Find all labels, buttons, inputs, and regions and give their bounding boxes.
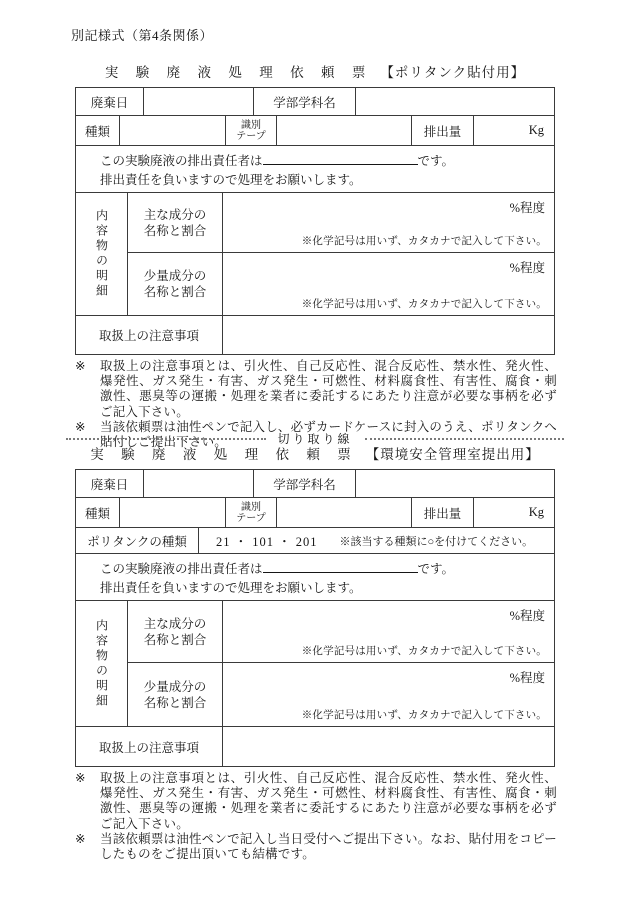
responsibility-prefix: この実験廃液の排出責任者は [100,154,263,168]
type-label: 種類 [76,498,119,527]
main-component-row: 主な成分の 名称と割合 %程度 ※化学記号は用いず、カタカナで記入して下さい。 [128,601,554,662]
id-tape-value-cell [276,498,411,527]
contents-detail-block: 内容物の明細 主な成分の 名称と割合 %程度 ※化学記号は用いず、カタカナで記入… [76,192,554,315]
faculty-label: 学部学科名 [253,88,355,115]
id-tape-label: 識別 テープ [225,498,276,527]
id-tape-value-cell [276,116,411,145]
footnote-1: ※ 取扱上の注意事項とは、引火性、自己反応性、混合反応性、禁水性、発火性、爆発性… [75,771,557,832]
main-component-value-cell: %程度 ※化学記号は用いず、カタカナで記入して下さい。 [222,601,554,662]
faculty-value-cell [355,470,554,497]
katakana-note: ※化学記号は用いず、カタカナで記入して下さい。 [302,707,547,722]
table-row-date: 廃棄日 学部学科名 [76,88,554,115]
cut-line-dots-left [66,438,266,440]
form-title-tag: 【ポリタンク貼付用】 [380,65,525,80]
faculty-value-cell [355,88,554,115]
amount-label: 排出量 [411,498,473,527]
form-title: 実 験 廃 液 処 理 依 頼 票【ポリタンク貼付用】 [75,64,555,82]
responsibility-line2: 排出責任を負いますので処理をお願いします。 [100,579,554,598]
amount-unit-cell: Kg [473,116,554,145]
katakana-note: ※化学記号は用いず、カタカナで記入して下さい。 [302,643,547,658]
contents-detail-block: 内容物の明細 主な成分の 名称と割合 %程度 ※化学記号は用いず、カタカナで記入… [76,600,554,726]
form-style-note: 別記様式（第4条関係） [71,25,213,44]
responsibility-prefix: この実験廃液の排出責任者は [100,562,263,576]
responsible-person-blank [263,152,418,165]
responsibility-suffix: です。 [418,562,455,576]
responsibility-statement: この実験廃液の排出責任者はです。 排出責任を負いますので処理をお願いします。 [76,145,554,192]
handling-precautions-row: 取扱上の注意事項 [76,726,554,766]
waste-date-label: 廃棄日 [76,470,143,497]
responsible-person-blank [263,560,418,573]
form-title-main: 実 験 廃 液 処 理 依 頼 票 [90,447,358,462]
minor-component-row: 少量成分の 名称と割合 %程度 ※化学記号は用いず、カタカナで記入して下さい。 [128,252,554,315]
contents-detail-label-cell: 内容物の明細 [76,193,127,315]
form-title-tag: 【環境安全管理室提出用】 [366,447,540,462]
type-label: 種類 [76,116,119,145]
form-title-main: 実 験 廃 液 処 理 依 頼 票 [105,65,373,80]
form-table: 廃棄日 学部学科名 種類 識別 テープ 排出量 Kg ポリタンクの種類 21 ・… [75,469,555,767]
handling-precautions-row: 取扱上の注意事項 [76,315,554,354]
handling-precautions-value-cell [222,727,554,766]
responsibility-statement: この実験廃液の排出責任者はです。 排出責任を負いますので処理をお願いします。 [76,553,554,600]
main-component-value-cell: %程度 ※化学記号は用いず、カタカナで記入して下さい。 [222,193,554,252]
type-value-cell [119,116,225,145]
request-form-office-copy: 実 験 廃 液 処 理 依 頼 票【環境安全管理室提出用】 廃棄日 学部学科名 … [75,446,555,862]
main-component-row: 主な成分の 名称と割合 %程度 ※化学記号は用いず、カタカナで記入して下さい。 [128,193,554,252]
cut-line-label: 切り取り線 [278,430,353,447]
minor-component-value-cell: %程度 ※化学記号は用いず、カタカナで記入して下さい。 [222,253,554,315]
footnote-marker: ※ [75,771,100,832]
handling-precautions-value-cell [222,316,554,354]
footnote-text: 取扱上の注意事項とは、引火性、自己反応性、混合反応性、禁水性、発火性、爆発性、ガ… [100,771,557,832]
polytank-type-label: ポリタンクの種類 [76,528,198,553]
footnote-marker: ※ [75,832,100,862]
form-title: 実 験 廃 液 処 理 依 頼 票【環境安全管理室提出用】 [75,446,555,464]
document-page: 別記様式（第4条関係） 実 験 廃 液 処 理 依 頼 票【ポリタンク貼付用】 … [0,0,630,903]
percent-hint: %程度 [510,668,545,686]
footnote-text: 取扱上の注意事項とは、引火性、自己反応性、混合反応性、禁水性、発火性、爆発性、ガ… [100,359,557,420]
main-component-label-cell: 主な成分の 名称と割合 [128,193,222,252]
katakana-note: ※化学記号は用いず、カタカナで記入して下さい。 [302,296,547,311]
cut-line-dots-right [365,438,565,440]
handling-precautions-label: 取扱上の注意事項 [76,316,222,354]
amount-unit-cell: Kg [473,498,554,527]
footnote-text: 当該依頼票は油性ペンで記入し当日受付へご提出下さい。なお、貼付用をコピーしたもの… [100,832,557,862]
table-row-type: 種類 識別 テープ 排出量 Kg [76,115,554,145]
polytank-circle-note: ※該当する種類に○を付けてください。 [340,533,534,549]
footnote-2: ※ 当該依頼票は油性ペンで記入し当日受付へご提出下さい。なお、貼付用をコピーした… [75,832,557,862]
id-tape-label: 識別 テープ [225,116,276,145]
minor-component-value-cell: %程度 ※化学記号は用いず、カタカナで記入して下さい。 [222,663,554,726]
percent-hint: %程度 [510,258,545,276]
form-table: 廃棄日 学部学科名 種類 識別 テープ 排出量 Kg この実験廃液の排出責任者は… [75,87,555,355]
amount-label: 排出量 [411,116,473,145]
percent-hint: %程度 [510,198,545,216]
responsibility-suffix: です。 [418,154,455,168]
responsibility-line2: 排出責任を負いますので処理をお願いします。 [100,171,554,190]
table-row-type: 種類 識別 テープ 排出量 Kg [76,497,554,527]
waste-date-value-cell [143,470,253,497]
waste-date-label: 廃棄日 [76,88,143,115]
faculty-label: 学部学科名 [253,470,355,497]
katakana-note: ※化学記号は用いず、カタカナで記入して下さい。 [302,233,547,248]
polytank-options: 21 ・ 101 ・ 201 [216,532,318,550]
waste-date-value-cell [143,88,253,115]
polytank-type-row: ポリタンクの種類 21 ・ 101 ・ 201 ※該当する種類に○を付けてくださ… [76,527,554,553]
contents-detail-label-cell: 内容物の明細 [76,601,127,726]
contents-detail-label: 内容物の明細 [96,619,108,709]
footnote-1: ※ 取扱上の注意事項とは、引火性、自己反応性、混合反応性、禁水性、発火性、爆発性… [75,359,557,420]
minor-component-label-cell: 少量成分の 名称と割合 [128,663,222,726]
polytank-type-options-cell: 21 ・ 101 ・ 201 ※該当する種類に○を付けてください。 [198,528,554,553]
handling-precautions-label: 取扱上の注意事項 [76,727,222,766]
minor-component-label-cell: 少量成分の 名称と割合 [128,253,222,315]
footnote-marker: ※ [75,359,100,420]
footnotes: ※ 取扱上の注意事項とは、引火性、自己反応性、混合反応性、禁水性、発火性、爆発性… [75,771,557,862]
type-value-cell [119,498,225,527]
percent-hint: %程度 [510,606,545,624]
request-form-polytank-copy: 実 験 廃 液 処 理 依 頼 票【ポリタンク貼付用】 廃棄日 学部学科名 種類… [75,64,555,450]
minor-component-row: 少量成分の 名称と割合 %程度 ※化学記号は用いず、カタカナで記入して下さい。 [128,662,554,726]
table-row-date: 廃棄日 学部学科名 [76,470,554,497]
cut-line: 切り取り線 [66,430,564,447]
contents-detail-label: 内容物の明細 [96,209,108,299]
main-component-label-cell: 主な成分の 名称と割合 [128,601,222,662]
